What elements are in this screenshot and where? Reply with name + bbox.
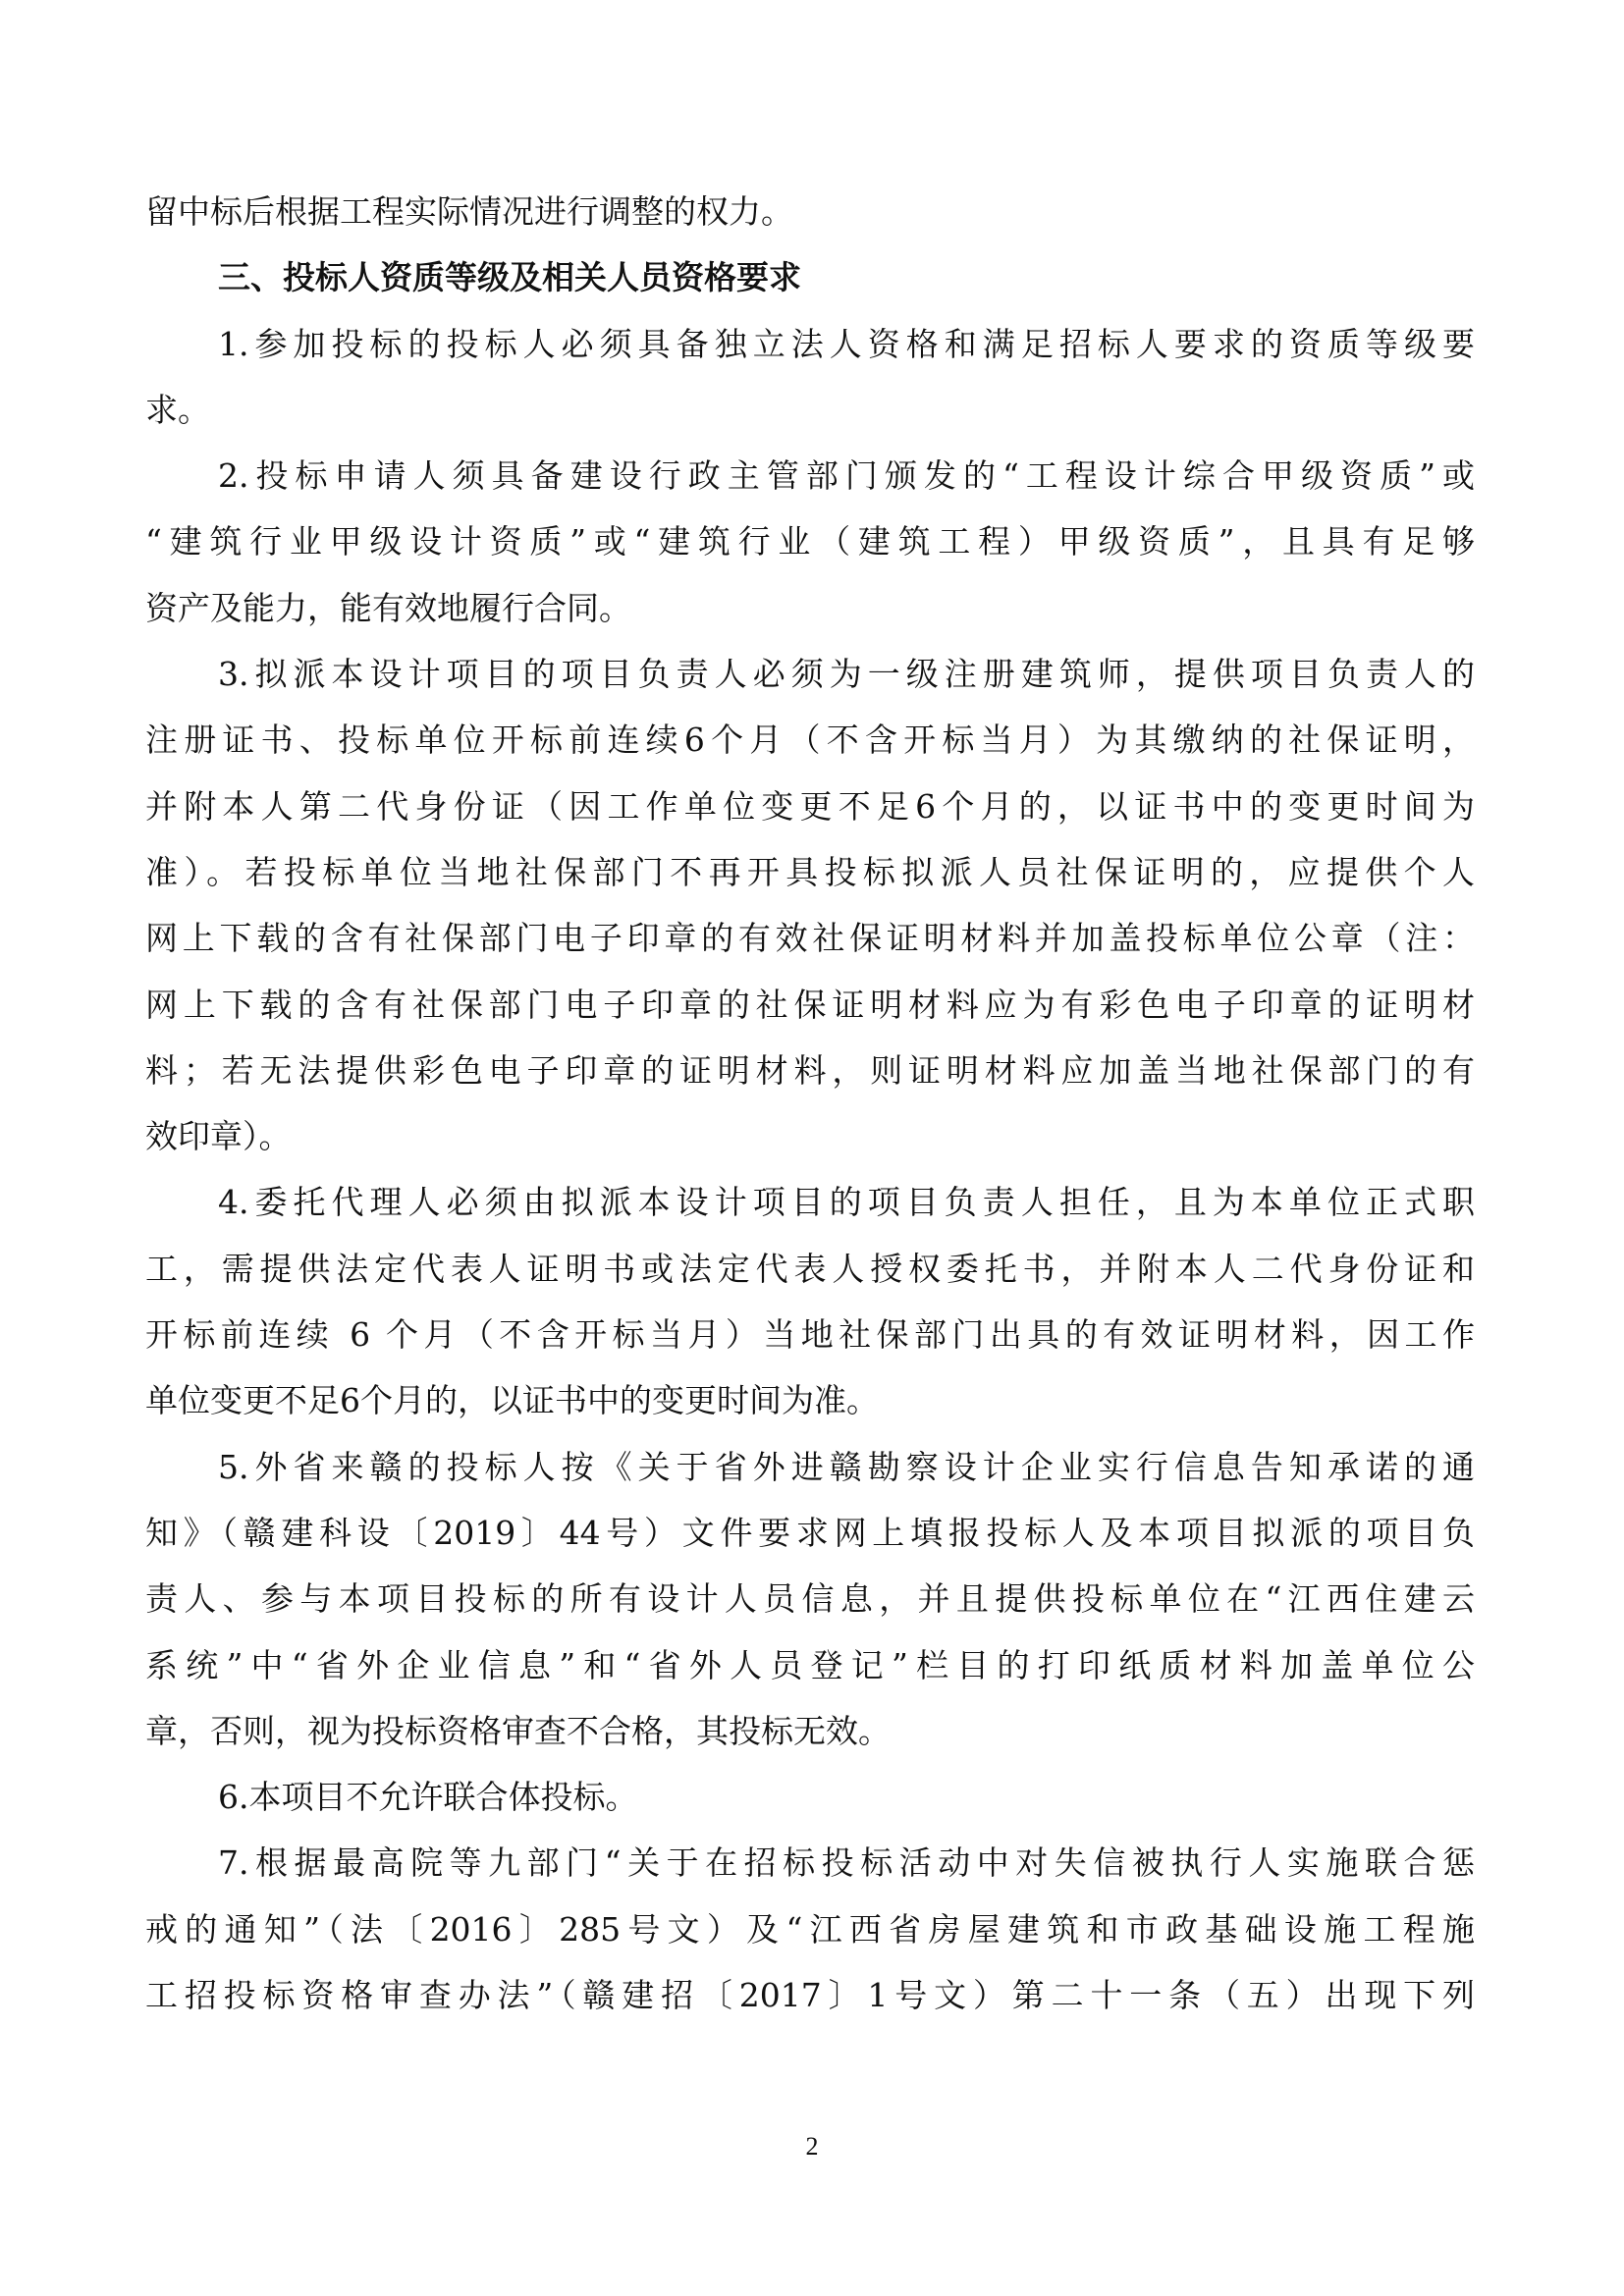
paragraph-line: 3.拟派本设计项目的项目负责人必须为一级注册建筑师，提供项目负责人的 (145, 641, 1475, 707)
paragraph-line: 系统”中“省外企业信息”和“省外人员登记”栏目的打印纸质材料加盖单位公 (145, 1632, 1475, 1698)
paragraph-line: 工招投标资格审查办法”（赣建招〔2017〕1号文）第二十一条（五）出现下列 (145, 1962, 1475, 2028)
paragraph-line: 网上下载的含有社保部门电子印章的有效社保证明材料并加盖投标单位公章（注： (145, 905, 1475, 971)
paragraph-line: 5.外省来赣的投标人按《关于省外进赣勘察设计企业实行信息告知承诺的通 (145, 1434, 1475, 1500)
paragraph-line: 并附本人第二代身份证（因工作单位变更不足6个月的，以证书中的变更时间为 (145, 774, 1475, 839)
section-heading: 三、投标人资质等级及相关人员资格要求 (145, 244, 1475, 310)
document-page: 留中标后根据工程实际情况进行调整的权力。三、投标人资质等级及相关人员资格要求1.… (0, 0, 1624, 2296)
paragraph-line: 1.参加投标的投标人必须具备独立法人资格和满足招标人要求的资质等级要 (145, 311, 1475, 377)
paragraph-line: 章，否则，视为投标资格审查不合格，其投标无效。 (145, 1698, 1475, 1764)
paragraph-line: 开标前连续 6 个月（不含开标当月）当地社保部门出具的有效证明材料，因工作 (145, 1302, 1475, 1367)
paragraph-line: 求。 (145, 377, 1475, 443)
document-body: 留中标后根据工程实际情况进行调整的权力。三、投标人资质等级及相关人员资格要求1.… (145, 179, 1475, 2028)
paragraph-line: 效印章）。 (145, 1103, 1475, 1169)
paragraph-line: 注册证书、投标单位开标前连续6个月（不含开标当月）为其缴纳的社保证明， (145, 707, 1475, 773)
paragraph-line: 单位变更不足6个月的，以证书中的变更时间为准。 (145, 1367, 1475, 1433)
paragraph-line: “建筑行业甲级设计资质”或“建筑行业（建筑工程）甲级资质”，且具有足够 (145, 508, 1475, 574)
paragraph-line: 7.根据最高院等九部门“关于在招标投标活动中对失信被执行人实施联合惩 (145, 1830, 1475, 1896)
page-number: 2 (0, 2132, 1624, 2162)
paragraph-line: 戒的通知”（法〔2016〕285号文）及“江西省房屋建筑和市政基础设施工程施 (145, 1896, 1475, 1962)
paragraph-line: 知》（赣建科设〔2019〕44号）文件要求网上填报投标人及本项目拟派的项目负 (145, 1500, 1475, 1566)
paragraph-line: 责人、参与本项目投标的所有设计人员信息，并且提供投标单位在“江西住建云 (145, 1566, 1475, 1631)
paragraph-line: 准）。若投标单位当地社保部门不再开具投标拟派人员社保证明的，应提供个人 (145, 839, 1475, 905)
paragraph-line: 4.委托代理人必须由拟派本设计项目的项目负责人担任，且为本单位正式职 (145, 1169, 1475, 1235)
paragraph-line: 网上下载的含有社保部门电子印章的社保证明材料应为有彩色电子印章的证明材 (145, 972, 1475, 1038)
paragraph-line: 资产及能力，能有效地履行合同。 (145, 575, 1475, 641)
paragraph-line: 留中标后根据工程实际情况进行调整的权力。 (145, 179, 1475, 244)
paragraph-line: 6.本项目不允许联合体投标。 (145, 1764, 1475, 1830)
paragraph-line: 2.投标申请人须具备建设行政主管部门颁发的“工程设计综合甲级资质”或 (145, 443, 1475, 508)
paragraph-line: 料；若无法提供彩色电子印章的证明材料，则证明材料应加盖当地社保部门的有 (145, 1038, 1475, 1103)
paragraph-line: 工，需提供法定代表人证明书或法定代表人授权委托书，并附本人二代身份证和 (145, 1236, 1475, 1302)
